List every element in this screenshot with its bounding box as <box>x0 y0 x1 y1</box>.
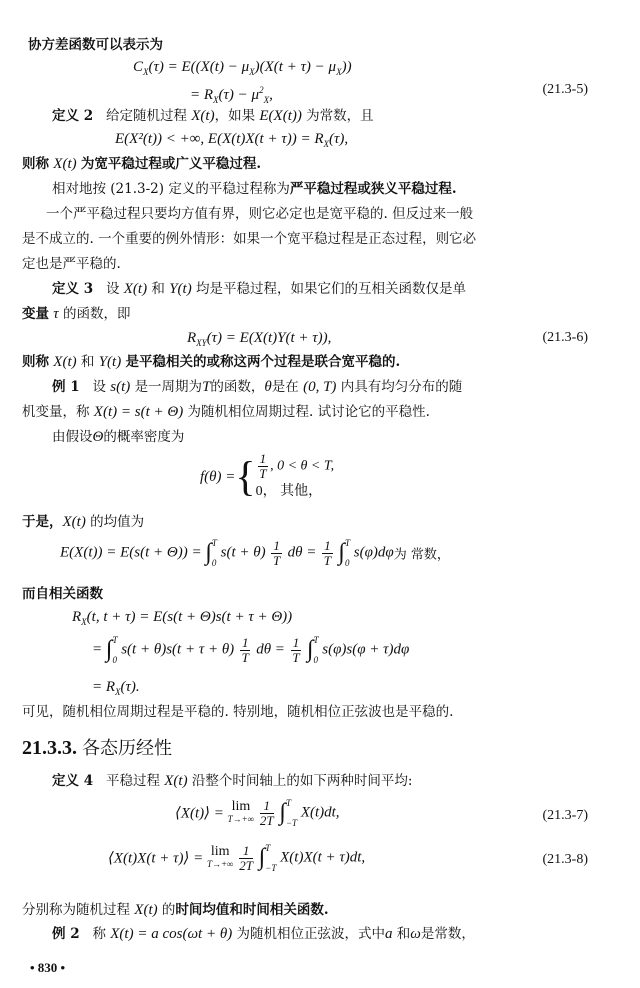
covariance-equation-line2: = RX(τ) − μ2X, <box>190 81 273 109</box>
pdf-equation: f(θ) ={ 1T, 0 < θ < T, 0， 其他， <box>200 452 334 503</box>
section-heading: 21.3.3. 各态历经性 <box>22 736 172 761</box>
definition-3-line2: 变量 τ 的函数，即 <box>22 305 130 323</box>
time-correlation-equation: ⟨X(t)X(t + τ)⟩ = limT→+∞ 12T ∫T−T X(t)X(… <box>108 838 365 878</box>
example-2: 例 2 称 X(t) = a cos(ωt + θ) 为随机相位正弦波，式中a … <box>52 925 475 943</box>
definition-2-conditions: E(X²(t)) < +∞, E(X(t)X(t + τ)) = RX(τ), <box>115 130 348 153</box>
wide-sense-stationary: 则称 X(t) 为宽平稳过程或广义平稳过程. <box>22 155 261 173</box>
definition-3: 定义 3 设 X(t) 和 Y(t) 均是平稳过程，如果它们的互相关函数仅是单 <box>52 280 466 298</box>
cross-correlation-equation: RXY(τ) = E(X(t)Y(t + τ)), <box>187 329 331 352</box>
paragraph-line3: 定也是严平稳的. <box>22 255 121 273</box>
strict-sense-stationary: 相对地按 (21.3-2) 定义的平稳过程称为严平稳过程或狭义平稳过程. <box>52 180 457 198</box>
autocorrelation-line3: = RX(τ). <box>92 678 140 701</box>
equation-number-21-3-8: (21.3-8) <box>543 852 589 868</box>
example-1: 例 1 设 s(t) 是一周期为T的函数，θ是在 (0, T) 内具有均匀分布的… <box>52 378 462 396</box>
time-average-definition: 分别称为随机过程 X(t) 的时间均值和时间相关函数. <box>22 901 329 919</box>
jointly-stationary: 则称 X(t) 和 Y(t) 是平稳相关的或称这两个过程是联合宽平稳的. <box>22 353 400 371</box>
paragraph-line1: 一个严平稳过程只要均方值有界，则它必定也是宽平稳的. 但反过来一般 <box>46 205 473 223</box>
equation-number-21-3-5: (21.3-5) <box>543 82 589 98</box>
page-number: • 830 • <box>30 960 65 976</box>
time-average-equation: ⟨X(t)⟩ = limT→+∞ 12T ∫T−T X(t)dt, <box>175 793 340 833</box>
mean-equation: E(X(t)) = E(s(t + Θ)) = ∫T0 s(t + θ) 1T … <box>60 533 450 573</box>
equation-number-21-3-7: (21.3-7) <box>543 808 589 824</box>
covariance-equation-line1: CX(τ) = E((X(t) − μX)(X(t + τ) − μX)) <box>133 58 352 81</box>
intro-text: 协方差函数可以表示为 <box>28 36 163 54</box>
equation-number-21-3-6: (21.3-6) <box>543 330 589 346</box>
autocorrelation-line1: RX(t, t + τ) = E(s(t + Θ)s(t + τ + Θ)) <box>72 608 292 631</box>
mean-intro: 于是，X(t) 的均值为 <box>22 513 144 531</box>
paragraph-line2: 是不成立的. 一个重要的例外情形：如果一个宽平稳过程是正态过程，则它必 <box>22 230 476 248</box>
example-1-line2: 机变量，称 X(t) = s(t + Θ) 为随机相位周期过程. 试讨论它的平稳… <box>22 403 430 421</box>
definition-2: 定义 2 给定随机过程 X(t)，如果 E(X(t)) 为常数，且 <box>52 107 374 125</box>
definition-4: 定义 4 平稳过程 X(t) 沿整个时间轴上的如下两种时间平均: <box>52 772 412 790</box>
conclusion-text: 可见，随机相位周期过程是平稳的. 特别地，随机相位正弦波也是平稳的. <box>22 703 453 721</box>
autocorrelation-line2: = ∫T0 s(t + θ)s(t + τ + θ) 1T dθ = 1T ∫T… <box>92 630 409 670</box>
pdf-intro: 由假设Θ的概率密度为 <box>52 428 184 446</box>
autocorrelation-intro: 而自相关函数 <box>22 585 103 603</box>
